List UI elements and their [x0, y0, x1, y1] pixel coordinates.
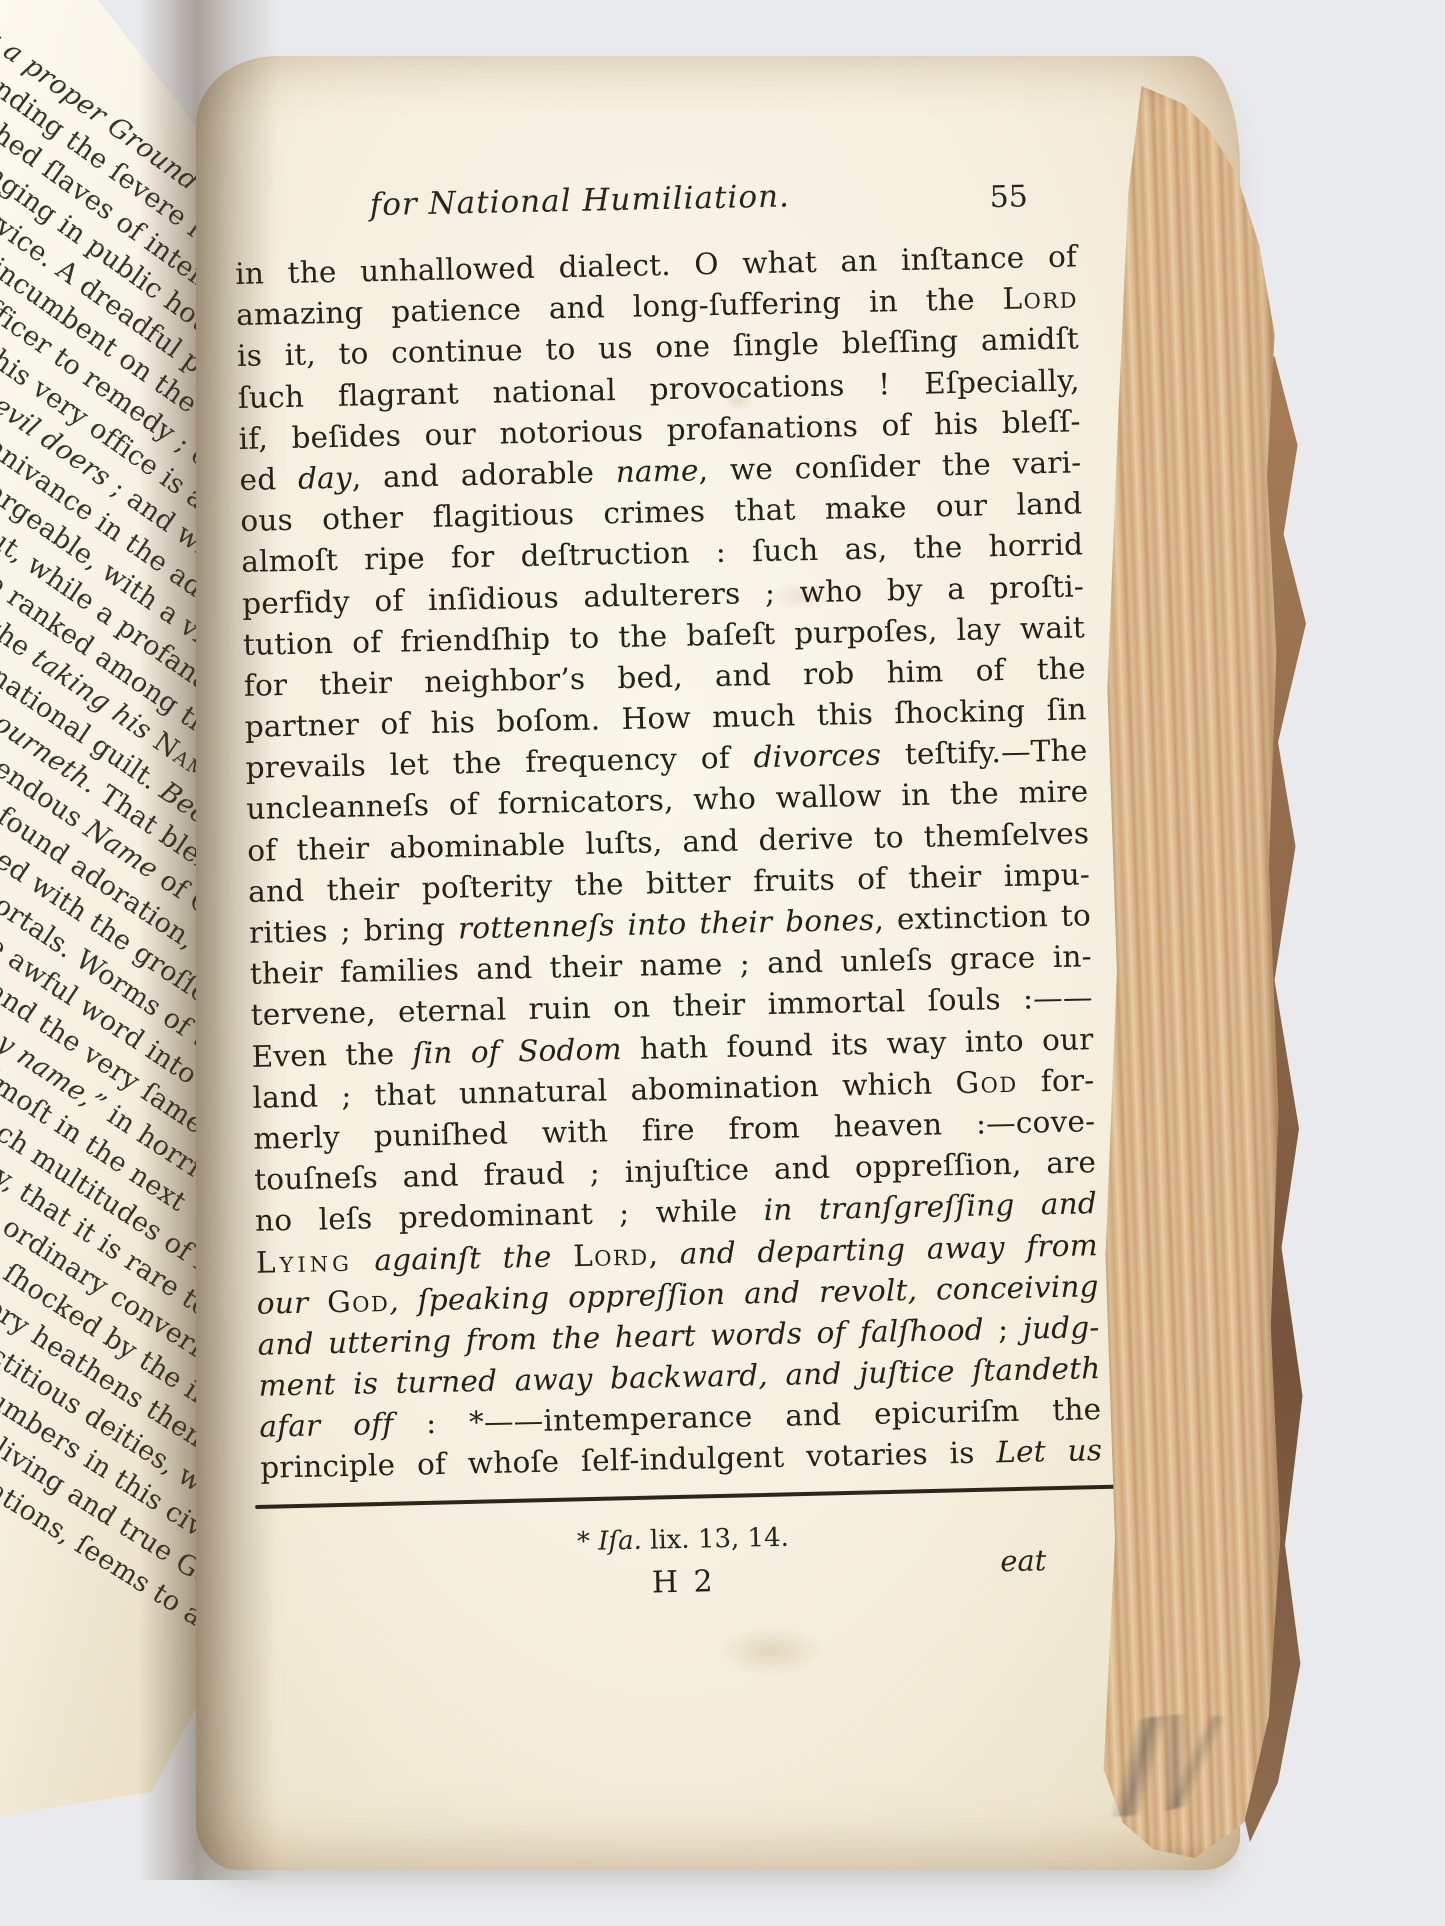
right-page: for National Humiliation. 55 in the unha… [196, 56, 1240, 1870]
footnote-rule [255, 1485, 1121, 1509]
photo-background: es a proper Groundtanding the ſevere law… [0, 0, 1445, 1926]
text-segment: God [327, 1284, 390, 1319]
text-segment: ; [983, 1312, 1023, 1347]
text-segment: Lord [573, 1237, 649, 1273]
text-segment: Lying [256, 1243, 354, 1279]
text-segment: Even the [251, 1036, 413, 1073]
text-segment: Lord [1002, 281, 1078, 317]
text-segment: Let us [996, 1434, 1103, 1470]
text-segment: afar off [259, 1407, 394, 1444]
text-segment: ſin of Sodom [412, 1032, 622, 1070]
text-segment: judg- [1022, 1310, 1100, 1346]
text-segment: in tranſgreſſing and [763, 1186, 1097, 1227]
text-segment: no leſs predominant ; while [255, 1193, 764, 1238]
page-number: 55 [989, 179, 1028, 215]
running-header-row: for National Humiliation. 55 [234, 172, 1077, 226]
text-segment: day [298, 461, 352, 496]
text-segment: , we conſider the vari- [698, 445, 1082, 487]
text-segment: and departing away from [679, 1228, 1098, 1271]
text-segment: ed [239, 462, 298, 497]
text-segment: divorces [753, 738, 881, 775]
text-segment: hath found its way into our [621, 1022, 1093, 1066]
text-segment: , [648, 1236, 680, 1271]
text-segment: name [615, 453, 699, 489]
text-segment: God [955, 1065, 1018, 1100]
text-segment: rities ; bring [249, 911, 459, 949]
page-text: for National Humiliation. 55 in the unha… [181, 45, 1263, 1880]
text-segment: teſtify.—The [881, 734, 1088, 772]
text-segment: for- [1017, 1063, 1094, 1099]
text-segment: our [256, 1285, 327, 1320]
text-segment: , and adorable [351, 455, 616, 495]
fore-edge-page-stack [1096, 86, 1286, 1858]
text-segment: , extinction to [874, 898, 1091, 937]
text-segment: againſt the [352, 1239, 573, 1278]
body-text: in the unhallowed dialect. O what an inſ… [235, 236, 1103, 1489]
running-header: for National Humiliation. [234, 172, 1077, 226]
text-segment: prevails let the frequency of [245, 741, 754, 786]
text-segment: rottenneſs into their bones [458, 903, 875, 946]
